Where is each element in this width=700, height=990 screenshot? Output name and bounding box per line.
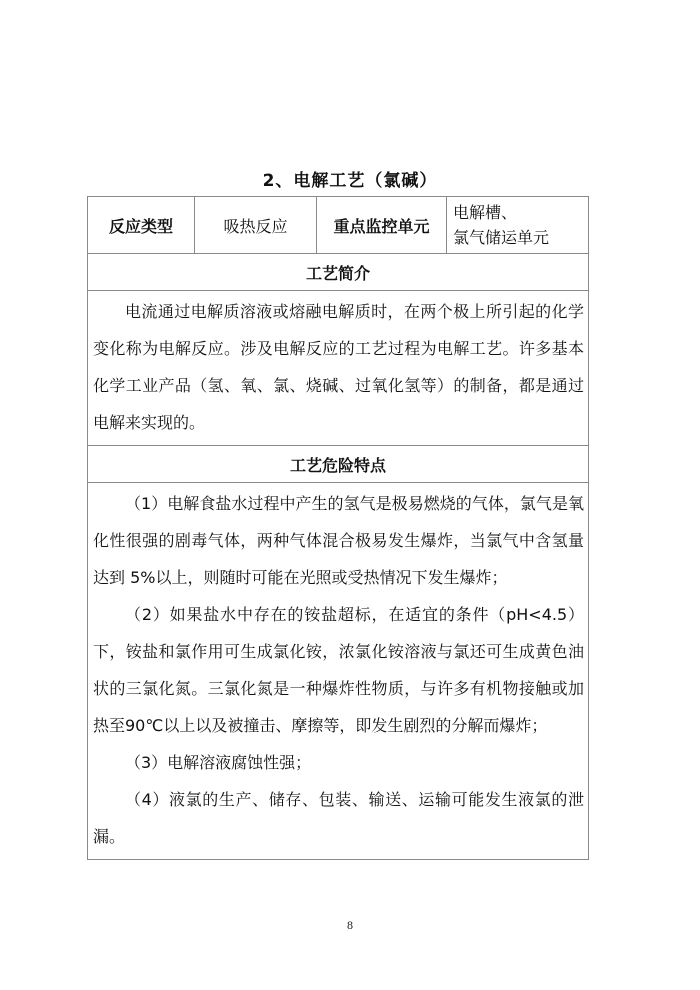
monitor-unit-label: 重点监控单元 (317, 197, 447, 254)
reaction-type-value: 吸热反应 (195, 197, 317, 254)
process-intro-body: 电流通过电解质溶液或熔融电解质时，在两个极上所引起的化学变化称为电解反应。涉及电… (88, 291, 589, 446)
section-heading-row: 工艺危险特点 (88, 446, 589, 483)
hazard-item: （1）电解食盐水过程中产生的氢气是极易燃烧的气体，氯气是氧化性很强的剧毒气体，两… (93, 485, 584, 596)
monitor-unit-line: 氯气储运单元 (453, 225, 588, 250)
monitor-unit-value: 电解槽、 氯气储运单元 (447, 197, 589, 254)
page-number: 8 (0, 918, 700, 933)
section-heading-row: 工艺简介 (88, 254, 589, 291)
hazard-item: （4）液氯的生产、储存、包装、输送、运输可能发生液氯的泄漏。 (93, 781, 584, 855)
reaction-type-label: 反应类型 (88, 197, 195, 254)
section-body-row: （1）电解食盐水过程中产生的氢气是极易燃烧的气体，氯气是氧化性很强的剧毒气体，两… (88, 483, 589, 860)
hazard-item: （2）如果盐水中存在的铵盐超标，在适宜的条件（pH<4.5）下，铵盐和氯作用可生… (93, 596, 584, 744)
section-body-row: 电流通过电解质溶液或熔融电解质时，在两个极上所引起的化学变化称为电解反应。涉及电… (88, 291, 589, 446)
hazard-item: （3）电解溶液腐蚀性强； (93, 744, 584, 781)
monitor-unit-line: 电解槽、 (453, 200, 588, 225)
hazard-features-body: （1）电解食盐水过程中产生的氢气是极易燃烧的气体，氯气是氧化性很强的剧毒气体，两… (88, 483, 589, 860)
section-title: 2、电解工艺（氯碱） (0, 166, 700, 191)
hazard-features-heading: 工艺危险特点 (88, 446, 589, 483)
process-intro-heading: 工艺简介 (88, 254, 589, 291)
paragraph: 电流通过电解质溶液或熔融电解质时，在两个极上所引起的化学变化称为电解反应。涉及电… (93, 293, 584, 441)
header-row: 反应类型 吸热反应 重点监控单元 电解槽、 氯气储运单元 (88, 197, 589, 254)
process-table: 反应类型 吸热反应 重点监控单元 电解槽、 氯气储运单元 工艺简介 电流通过电解… (87, 196, 589, 860)
